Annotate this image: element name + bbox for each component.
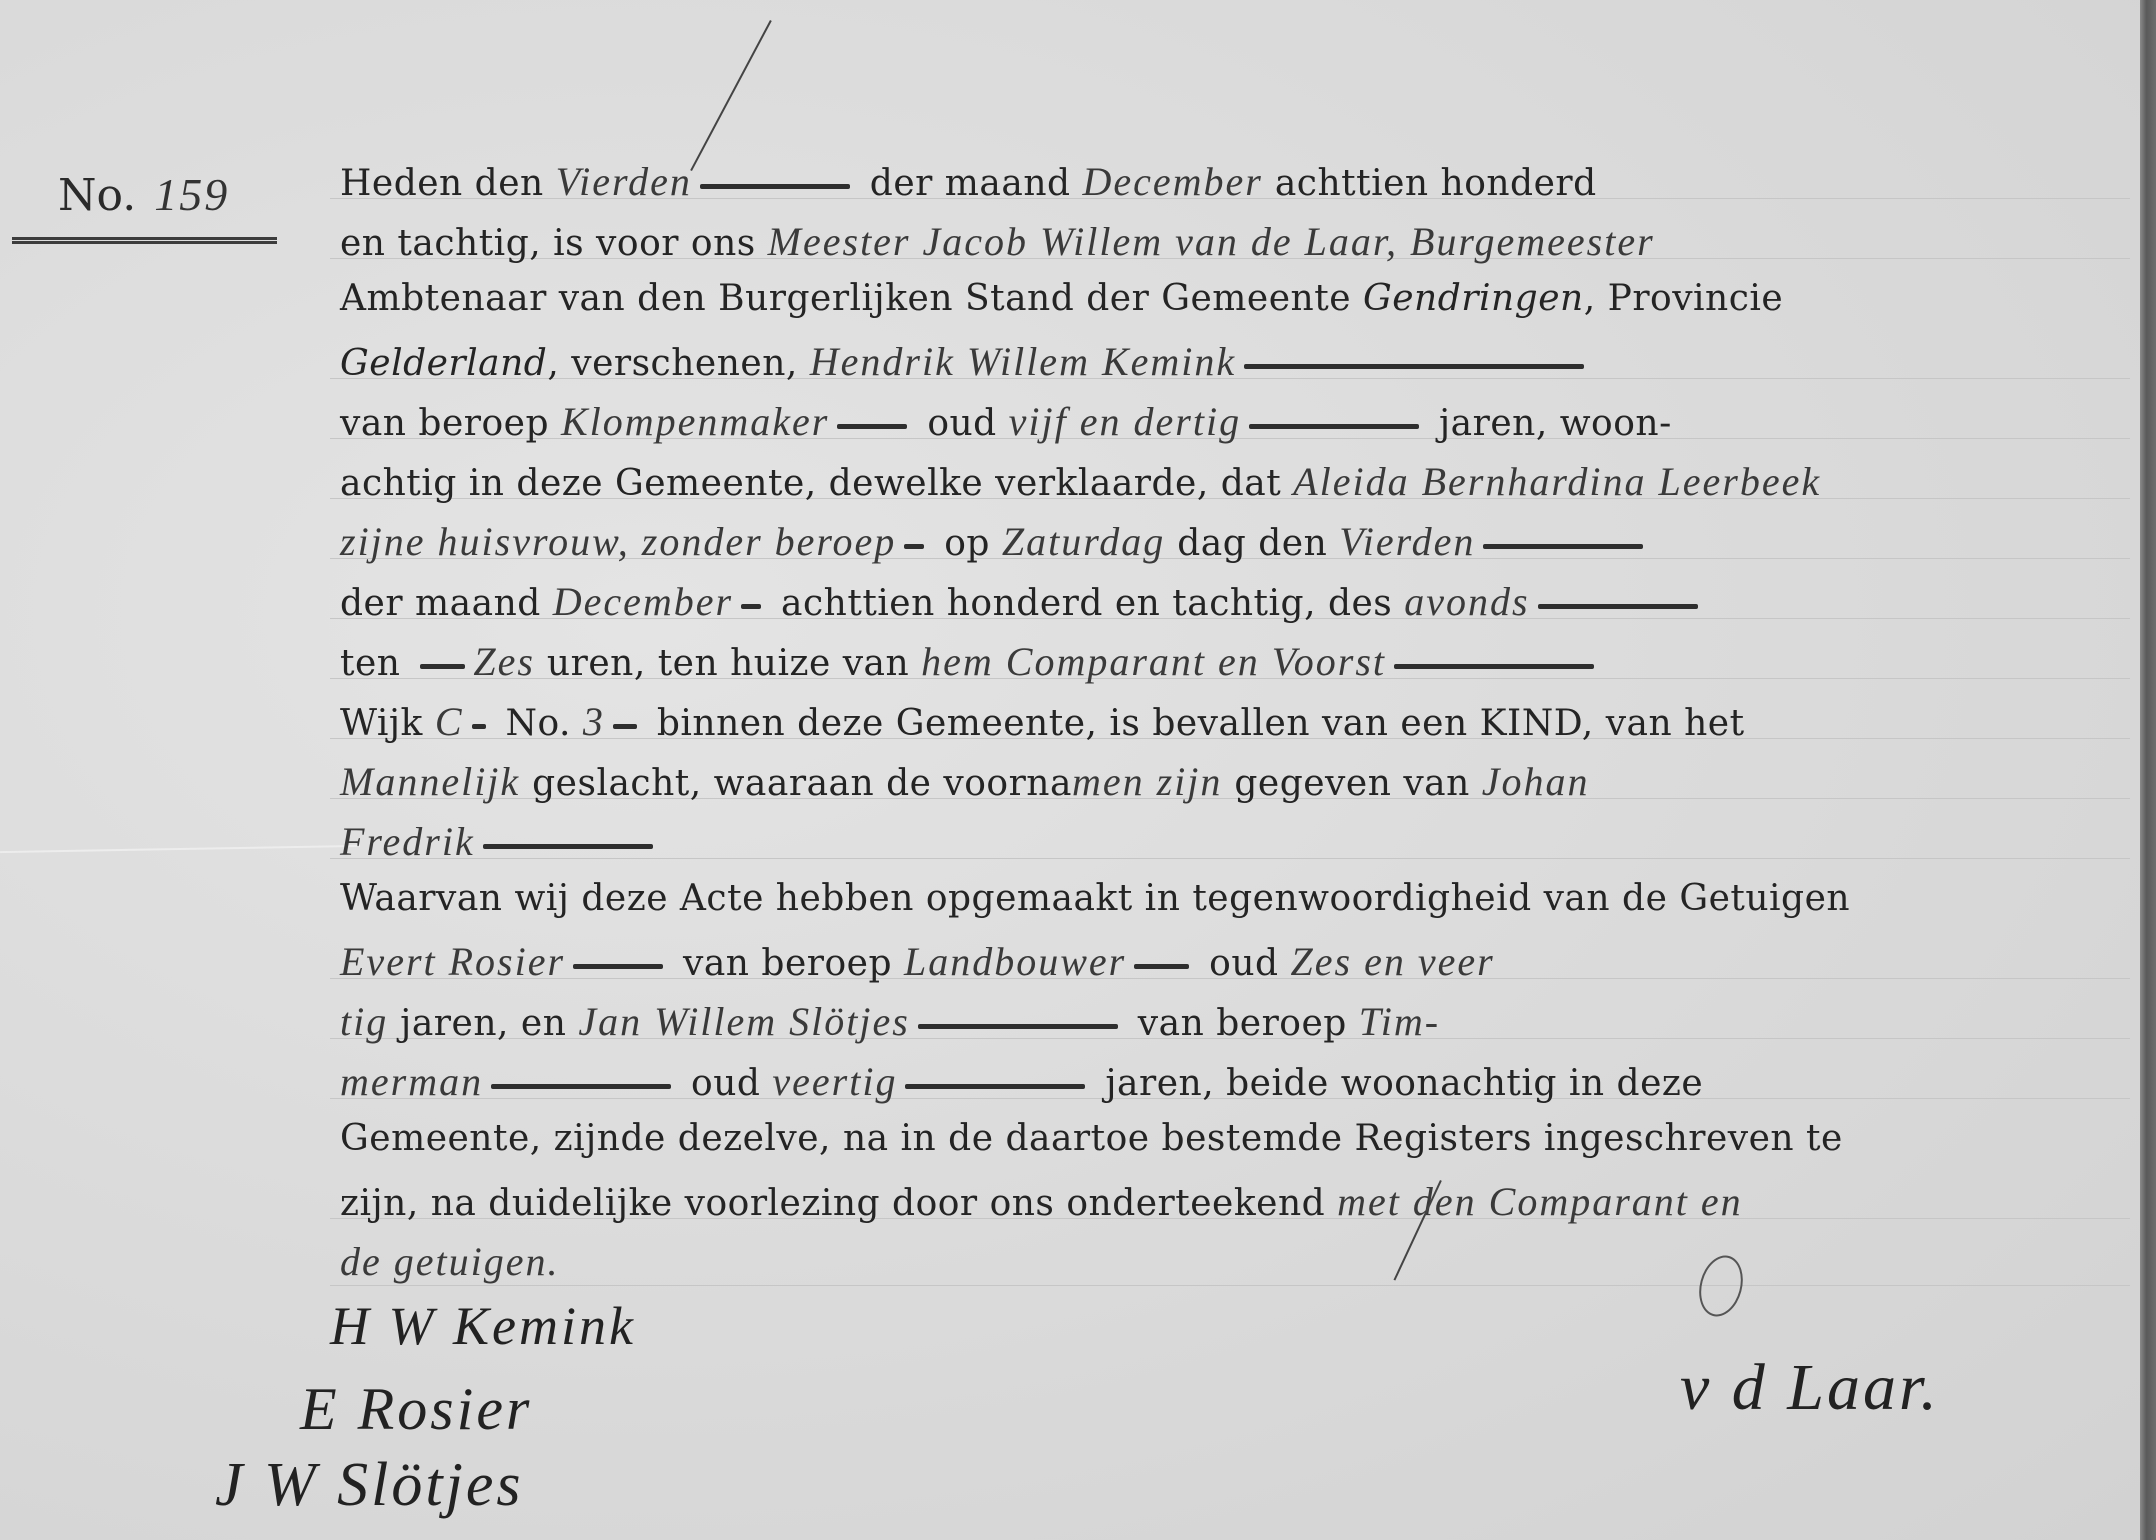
printed-text: achttien honderd [1263,163,1597,204]
printed-text: jaren, en [388,1003,578,1044]
record-number: No.159 [58,168,229,221]
printed-text: No. [494,703,583,744]
handwritten-entry: Vierden [1339,519,1475,564]
filler-dash [1244,364,1584,369]
printed-text: achttien honderd en tachtig, des [769,583,1404,624]
filler-dash [837,424,907,429]
printed-text: uren, ten huize van [535,643,921,684]
printed-text: en tachtig, is voor ons [340,223,768,264]
printed-text: jaren, woon- [1427,403,1672,444]
filler-dash [905,1084,1085,1089]
handwritten-entry: Zaturdag [1002,519,1165,564]
printed-text: Gemeente, zijnde dezelve, na in de daart… [340,1118,1843,1159]
handwritten-entry: Aleida Bernhardina Leerbeek [1293,459,1821,504]
printed-text: , verschenen, [547,343,809,384]
record-line: Gelderland, verschenen, Hendrik Willem K… [340,338,2140,385]
record-line: merman oud veertig jaren, beide woonacht… [340,1058,2140,1105]
printed-text: oud [1197,943,1290,984]
filler-dash [573,964,663,969]
record-number-underline [12,237,277,244]
record-line: Waarvan wij deze Acte hebben opgemaakt i… [340,878,2140,919]
handwritten-entry: met den Comparant en [1337,1179,1743,1224]
handwritten-entry: Fredrik [340,819,475,864]
handwritten-entry: Landbouwer [904,939,1126,984]
printed-text: van beroep [340,403,561,444]
filler-dash [904,544,924,549]
printed-text: Ambtenaar van den Burgerlijken Stand der… [340,278,1363,319]
printed-text: zijn, na duidelijke voorlezing door ons … [340,1183,1337,1224]
handwritten-entry: Zes [473,639,535,684]
printed-text: achtig in deze Gemeente, dewelke verklaa… [340,463,1293,504]
handwritten-entry: Evert Rosier [340,939,565,984]
filler-dash [472,724,486,729]
paper-crease [0,845,360,853]
printed-text: Heden den [340,163,556,204]
signature-witness-1: E Rosier [300,1375,532,1444]
handwritten-entry: 3 [583,699,605,744]
record-line: Fredrik [340,818,2140,865]
filler-dash [1538,604,1698,609]
record-number-value: 159 [154,169,229,220]
printed-text: ten [340,643,412,684]
printed-text: gegeven van [1222,763,1481,804]
handwritten-entry: C [435,699,464,744]
printed-text: Waarvan wij deze Acte hebben opgemaakt i… [340,878,1850,919]
record-line: Gemeente, zijnde dezelve, na in de daart… [340,1118,2140,1159]
record-line: der maand December achttien honderd en t… [340,578,2140,625]
handwritten-entry: Mannelijk [340,759,520,804]
handwritten-entry: Klompenmaker [561,399,829,444]
printed-text: oud [679,1063,772,1104]
record-line: ten Zes uren, ten huize van hem Comparan… [340,638,2140,685]
signature-father: H W Kemink [330,1295,636,1357]
printed-text: op [932,523,1002,564]
document-page: No.159 Heden den Vierden der maand Decem… [0,0,2140,1540]
record-line: van beroep Klompenmaker oud vijf en dert… [340,398,2140,445]
filler-dash [700,184,850,189]
filler-dash [1483,544,1643,549]
handwritten-entry: Tim- [1359,999,1440,1044]
page-edge [2140,0,2156,1540]
printed-text: geslacht, waaraan de voorna [520,763,1072,804]
filler-dash [483,844,653,849]
handwritten-entry: tig [340,999,388,1044]
filler-dash [741,604,761,609]
handwritten-entry: vijf en dertig [1009,399,1241,444]
handwritten-entry: Zes en veer [1291,939,1495,984]
handwritten-entry: avonds [1404,579,1529,624]
handwritten-entry: December [1083,159,1263,204]
handwritten-entry: men zijn [1072,759,1222,804]
printed-text: jaren, beide woonachtig in deze [1093,1063,1703,1104]
handwritten-entry: veertig [772,1059,897,1104]
handwritten-entry: Vierden [556,159,692,204]
printed-text: oud [915,403,1008,444]
record-line: zijne huisvrouw, zonder beroep op Zaturd… [340,518,2140,565]
printed-text: Gendringen [1363,278,1584,319]
filler-dash [420,664,465,669]
record-line: en tachtig, is voor ons Meester Jacob Wi… [340,218,2140,265]
handwritten-entry: zijne huisvrouw, zonder beroep [340,519,896,564]
record-line: zijn, na duidelijke voorlezing door ons … [340,1178,2140,1225]
filler-dash [613,724,637,729]
filler-dash [918,1024,1118,1029]
printed-text: van beroep [1126,1003,1359,1044]
handwritten-entry: Meester Jacob Willem van de Laar, Burgem… [768,219,1655,264]
record-line: de getuigen. [340,1238,2140,1285]
printed-text: der maand [858,163,1083,204]
handwritten-entry: hem Comparant en Voorst [921,639,1386,684]
printed-text: binnen deze Gemeente, is bevallen van ee… [645,703,1745,744]
printed-text: Gelderland [340,343,547,384]
handwritten-entry: Hendrik Willem Kemink [810,339,1236,384]
record-line: Mannelijk geslacht, waaraan de voornamen… [340,758,2140,805]
signature-witness-2: J W Slötjes [215,1450,524,1521]
printed-text: der maand [340,583,553,624]
signature-registrar: v d Laar. [1680,1350,1940,1426]
record-line: achtig in deze Gemeente, dewelke verklaa… [340,458,2140,505]
printed-text: dag den [1165,523,1339,564]
ruled-line [330,1285,2130,1286]
filler-dash [1394,664,1594,669]
filler-dash [1134,964,1189,969]
handwritten-entry: merman [340,1059,483,1104]
record-line: tig jaren, en Jan Willem Slötjes van ber… [340,998,2140,1045]
handwritten-entry: Jan Willem Slötjes [578,999,910,1044]
printed-text: , Provincie [1584,278,1784,319]
filler-dash [491,1084,671,1089]
pen-flourish [690,20,772,171]
record-line: Ambtenaar van den Burgerlijken Stand der… [340,278,2140,319]
printed-text: van beroep [671,943,904,984]
handwritten-entry: de getuigen. [340,1239,560,1284]
record-line: Evert Rosier van beroep Landbouwer oud Z… [340,938,2140,985]
handwritten-entry: Johan [1482,759,1590,804]
record-line: Heden den Vierden der maand December ach… [340,158,2140,205]
printed-text: Wijk [340,703,435,744]
record-line: Wijk C No. 3 binnen deze Gemeente, is be… [340,698,2140,745]
handwritten-entry: December [553,579,733,624]
record-number-label: No. [58,170,136,221]
filler-dash [1249,424,1419,429]
